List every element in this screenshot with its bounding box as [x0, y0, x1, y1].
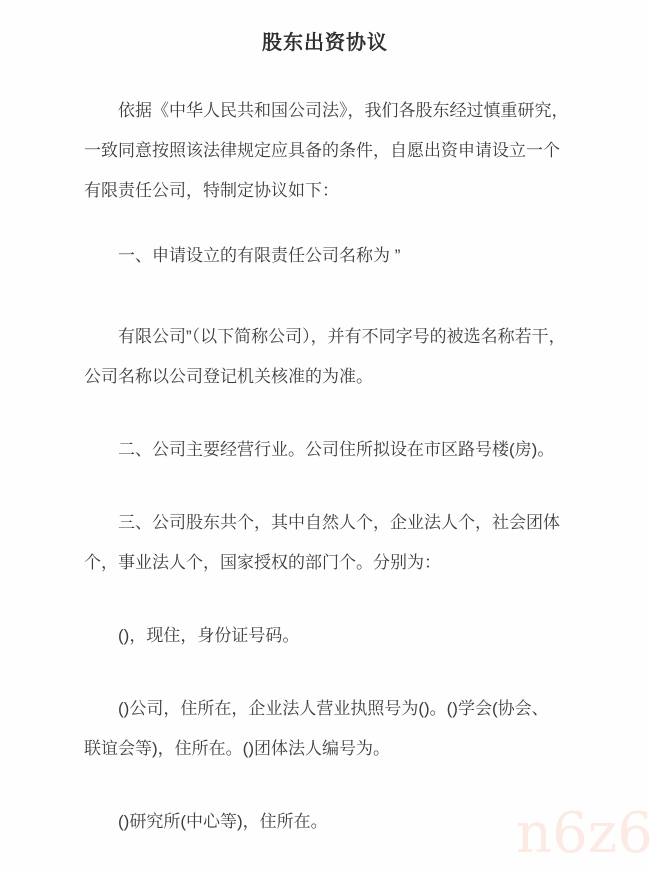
paragraph-clause-1: 一、申请设立的有限责任公司名称为 ” [84, 236, 596, 276]
paragraph-clause-1-continued: 有限公司”（以下简称公司），并有不同字号的被选名称若干， 公司名称以公司登记机关… [84, 317, 596, 397]
document-title: 股东出资协议 [0, 30, 650, 56]
document-page: 股东出资协议 依据《中华人民共和国公司法》，我们各股东经过慎重研究， 一致同意按… [0, 0, 650, 842]
paragraph-shareholder-company: ()公司，住所在，企业法人营业执照号为()。()学会(协会、 联谊会等)，住所在… [84, 689, 596, 769]
paragraph-shareholder-institute: ()研究所(中心等)，住所在。 [84, 802, 596, 842]
document-body: 依据《中华人民共和国公司法》，我们各股东经过慎重研究， 一致同意按照该法律规定应… [84, 91, 596, 842]
paragraph-shareholder-person: ()，现住，身份证号码。 [84, 616, 596, 656]
paragraph-clause-3: 三、公司股东共个，其中自然人个，企业法人个，社会团体 个，事业法人个，国家授权的… [84, 503, 596, 583]
paragraph-preamble: 依据《中华人民共和国公司法》，我们各股东经过慎重研究， 一致同意按照该法律规定应… [84, 91, 596, 211]
paragraph-clause-2: 二、公司主要经营行业。公司住所拟设在市区路号楼(房)。 [84, 430, 596, 470]
